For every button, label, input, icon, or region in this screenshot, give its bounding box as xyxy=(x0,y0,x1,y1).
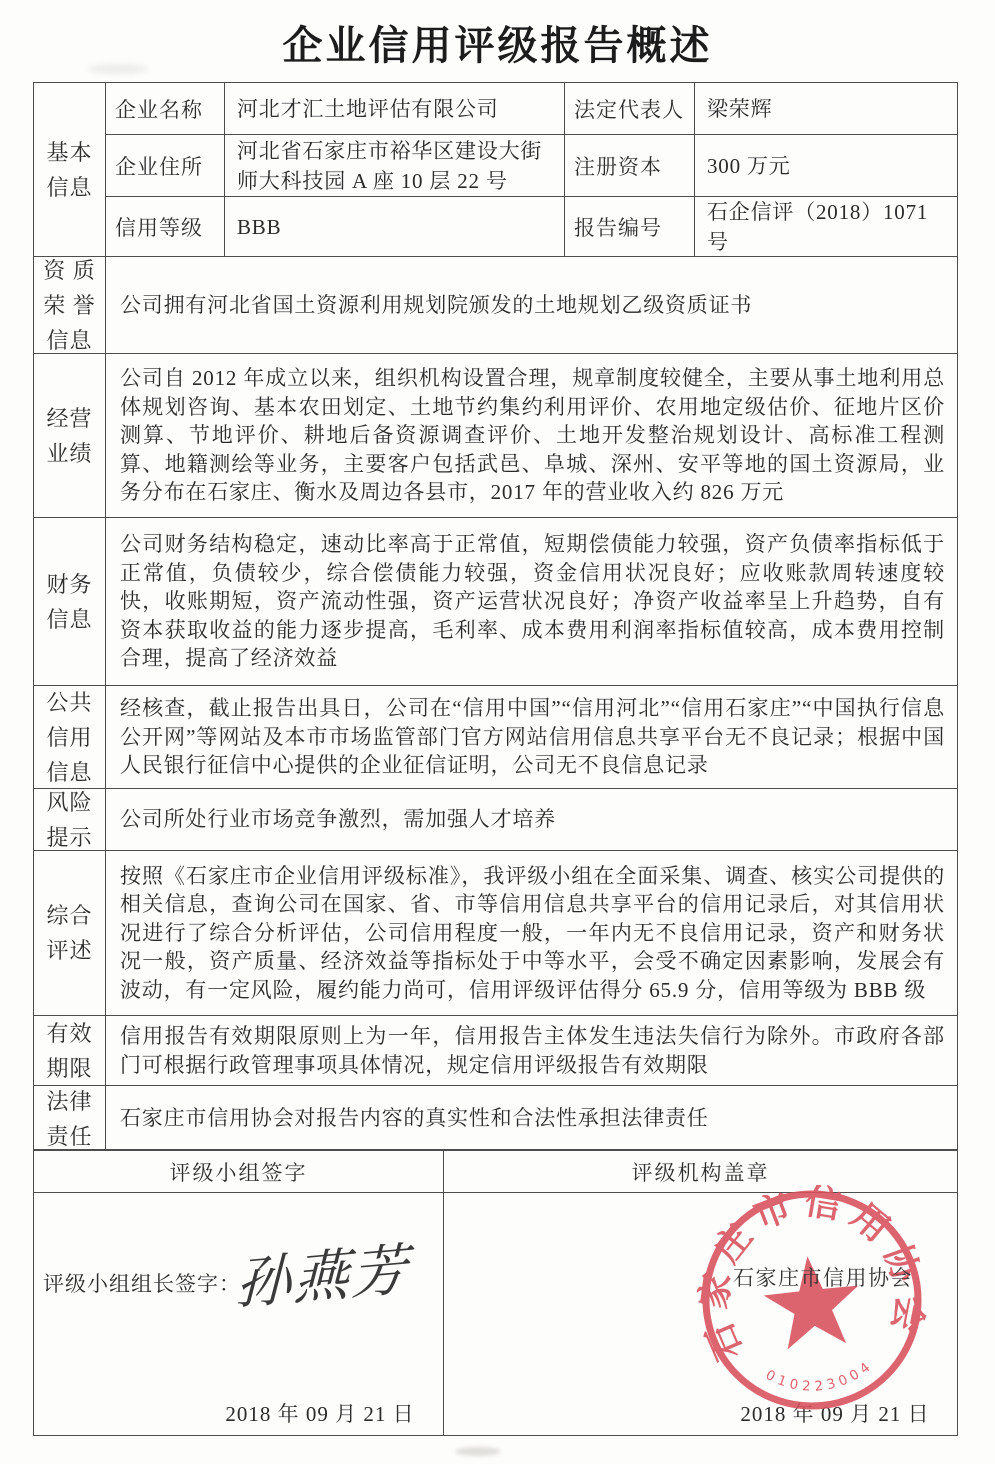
section-overall-review: 综合 评述 按照《石家庄市企业信用评级标准》，我评级小组在全面采集、调查、核实公… xyxy=(34,851,957,1016)
section-label: 有效 期限 xyxy=(34,1016,106,1085)
scan-smudge xyxy=(455,1447,501,1456)
section-legal-liability: 法律 责任 石家庄市信用协会对报告内容的真实性和合法性承担法律责任 xyxy=(34,1086,957,1151)
section-label: 经营 业绩 xyxy=(34,354,106,517)
field-legal-rep-label: 法定代表人 xyxy=(565,83,695,134)
basic-info-rows: 企业名称 河北才汇土地评估有限公司 法定代表人 梁荣辉 企业住所 河北省石家庄市… xyxy=(106,83,957,256)
section-qualification-honor: 资 质 荣 誉 信息 公司拥有河北省国土资源利用规划院颁发的土地规划乙级资质证书 xyxy=(34,257,957,354)
field-address-label: 企业住所 xyxy=(106,135,225,196)
field-credit-grade-value: BBB xyxy=(225,197,565,256)
section-content: 公司拥有河北省国土资源利用规划院颁发的土地规划乙级资质证书 xyxy=(106,257,957,353)
section-label: 法律 责任 xyxy=(34,1086,106,1151)
section-content: 按照《石家庄市企业信用评级标准》，我评级小组在全面采集、调查、核实公司提供的相关… xyxy=(106,851,957,1015)
basic-info-label: 基本 信息 xyxy=(34,83,106,256)
team-signature-date: 2018 年 09 月 21 日 xyxy=(140,1398,500,1428)
section-label: 公共 信用 信息 xyxy=(34,686,106,788)
main-table: 基本 信息 企业名称 河北才汇土地评估有限公司 法定代表人 梁荣辉 企业住所 河… xyxy=(33,82,958,1150)
scan-smudge xyxy=(88,64,148,74)
agency-name-text: 石家庄市信用协会 xyxy=(733,1262,913,1292)
team-leader-signature-label: 评级小组组长签字： xyxy=(43,1268,241,1298)
section-financial-info: 财务 信息 公司财务结构稳定，速动比率高于正常值，短期偿债能力较强，资产负债率指… xyxy=(34,518,957,686)
section-content: 经核查，截止报告出具日，公司在“信用中国”“信用河北”“信用石家庄”“中国执行信… xyxy=(106,686,957,788)
section-business-performance: 经营 业绩 公司自 2012 年成立以来，组织机构设置合理，规章制度较健全，主要… xyxy=(34,354,957,518)
field-report-number-label: 报告编号 xyxy=(565,197,695,256)
section-public-credit-info: 公共 信用 信息 经核查，截止报告出具日，公司在“信用中国”“信用河北”“信用石… xyxy=(34,686,957,789)
agency-red-seal: 石家庄市信用协会 1301022300430 xyxy=(697,1185,927,1415)
section-label: 综合 评述 xyxy=(34,851,106,1015)
field-legal-rep-value: 梁荣辉 xyxy=(695,83,957,134)
basic-info-section: 基本 信息 企业名称 河北才汇土地评估有限公司 法定代表人 梁荣辉 企业住所 河… xyxy=(34,83,957,257)
section-label: 风险 提示 xyxy=(34,789,106,850)
section-content: 公司所处行业市场竞争激烈，需加强人才培养 xyxy=(106,789,957,850)
section-content: 公司自 2012 年成立以来，组织机构设置合理，规章制度较健全，主要从事土地利用… xyxy=(106,354,957,517)
section-content: 公司财务结构稳定，速动比率高于正常值，短期偿债能力较强，资产负债率指标低于正常值… xyxy=(106,518,957,685)
table-row: 企业住所 河北省石家庄市裕华区建设大街师大科技园 A 座 10 层 22 号 注… xyxy=(106,135,957,197)
rating-team-signature-header: 评级小组签字 xyxy=(34,1151,444,1192)
document-page: 企业信用评级报告概述 基本 信息 企业名称 河北才汇土地评估有限公司 法定代表人… xyxy=(0,0,995,1464)
field-address-value: 河北省石家庄市裕华区建设大街师大科技园 A 座 10 层 22 号 xyxy=(225,135,565,196)
page-title: 企业信用评级报告概述 xyxy=(0,14,995,71)
field-company-name-value: 河北才汇土地评估有限公司 xyxy=(225,83,565,134)
table-row: 信用等级 BBB 报告编号 石企信评（2018）1071 号 xyxy=(106,197,957,256)
field-report-number-value: 石企信评（2018）1071 号 xyxy=(695,197,957,256)
field-registered-capital-label: 注册资本 xyxy=(565,135,695,196)
table-row: 企业名称 河北才汇土地评估有限公司 法定代表人 梁荣辉 xyxy=(106,83,957,135)
section-validity-period: 有效 期限 信用报告有效期限原则上为一年，信用报告主体发生违法失信行为除外。市政… xyxy=(34,1016,957,1086)
handwritten-signature: 孙燕芳 xyxy=(235,1223,436,1341)
section-risk-warning: 风险 提示 公司所处行业市场竞争激烈，需加强人才培养 xyxy=(34,789,957,851)
field-registered-capital-value: 300 万元 xyxy=(695,135,957,196)
field-credit-grade-label: 信用等级 xyxy=(106,197,225,256)
section-content: 石家庄市信用协会对报告内容的真实性和合法性承担法律责任 xyxy=(106,1086,957,1151)
section-content: 信用报告有效期限原则上为一年，信用报告主体发生违法失信行为除外。市政府各部门可根… xyxy=(106,1016,957,1085)
field-company-name-label: 企业名称 xyxy=(106,83,225,134)
section-label: 资 质 荣 誉 信息 xyxy=(34,257,106,353)
section-label: 财务 信息 xyxy=(34,518,106,685)
